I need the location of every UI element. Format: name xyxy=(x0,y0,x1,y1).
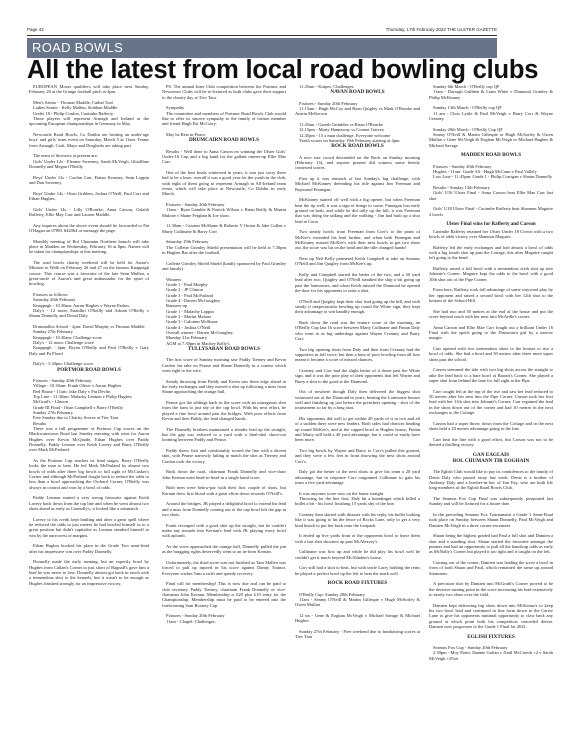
paragraph: Daly's - 3.30pm: Challenge score. xyxy=(29,361,149,366)
paragraph: 11.30am - Caiomn McShane & Roberto V Oni… xyxy=(162,223,286,234)
paragraph: Caoimhe Rafferty retained her Ulster Und… xyxy=(429,229,553,240)
paragraph: First up it was rematch of last Sunday's… xyxy=(295,176,420,192)
page-header: Page 42 Thursday, 17th February 2022 THE… xyxy=(27,27,497,36)
paragraph: Boys' Under 12s - Caolan Carr, Fiatan Ke… xyxy=(29,175,149,186)
eglish-paras: The Eglish Club would like to pay its co… xyxy=(429,469,553,629)
paragraph: Both men were below-par with their first… xyxy=(162,485,286,496)
section-title-portmor: PORTMOR ROAD BOWLS xyxy=(29,368,149,373)
section-banner: ROAD BOWLS xyxy=(27,38,497,58)
paragraph: The Seamus Fox Cup Final was subsequentl… xyxy=(429,496,553,507)
paragraph: Back down the road, chairman Frank Donne… xyxy=(162,469,286,480)
tullysaran-paras: The first score of Sunday morning saw Pa… xyxy=(162,357,286,624)
paragraph: Monthly meeting of Bol Chumann Northern … xyxy=(29,239,149,255)
paragraph: Carr caught left at the top of the rise … xyxy=(429,389,553,416)
paragraph: McKinney started off well with a big ope… xyxy=(295,197,420,224)
paragraph: As the score approached the orange hall,… xyxy=(162,544,286,555)
paragraph: The first score of Sunday morning saw Pa… xyxy=(162,357,286,373)
paragraph: O'Neill and Quigley kept their shot lead… xyxy=(295,299,420,315)
col4-top-paras: Sunday 6th March - O'Reilly cup QF11am -… xyxy=(429,84,553,148)
column-1: EUROPEAN Moors qualifiers will take plac… xyxy=(29,84,149,591)
column-2: PS. The annual Inter Club competition be… xyxy=(162,84,286,624)
paragraph: Rafferty raised a full bowl with a treme… xyxy=(429,266,553,282)
paragraph: Throwing for the line first, Daly hit a … xyxy=(295,496,420,507)
paragraph: Results - Well done to Anna Carson on wi… xyxy=(162,149,286,165)
paragraph: The road bowls charity weekend will be h… xyxy=(29,260,149,287)
paragraph: Rafferty led the early exchanges and had… xyxy=(429,245,553,261)
column-3: 11.45am - Knipes: Challenges. NAVAN ROAD… xyxy=(295,84,420,645)
subhead-ulster-final: Ulster Final wins for Rafferty and Carso… xyxy=(429,222,553,227)
paragraph: As the Portmor Cup reaches its final sta… xyxy=(29,458,149,490)
navan-paras: Fixtures - Sunday 20th February11.15am -… xyxy=(295,101,420,144)
section-title-tullysaran: TULLYSARAN ROAD BOWLS xyxy=(162,347,286,352)
section-title-navan: NAVAN ROAD BOWLS xyxy=(295,90,420,95)
dateline: Thursday, 17th February 2022 THE ULSTER … xyxy=(386,27,497,32)
paragraph: From here, Rafferty took full advantage … xyxy=(429,287,553,303)
ulster-final-paras: Caoimhe Rafferty retained her Ulster Und… xyxy=(429,229,553,448)
paragraph: Corr still had a shot to beat, but with … xyxy=(295,565,420,576)
paragraph: Girls' U18 Ulster Final - Caoimhe Raffer… xyxy=(429,206,553,217)
paragraph: It ended up five yards front of the oppo… xyxy=(295,533,420,544)
paragraph: 11 am - Chris Lyttle & Paul McVeigh v Ba… xyxy=(429,111,553,122)
section-title-eglish-2: BOL CHUMANN TIR EOGHAIN xyxy=(429,459,553,464)
section-title-rock-fixtures: ROCK ROAD FIXTURES xyxy=(295,581,420,586)
paragraph: The committee and members of Portmor Roa… xyxy=(162,111,286,127)
paragraph: Low Line - 11.45pm: Grade 1 - Philip Cor… xyxy=(429,174,553,179)
headline: All the latest from local road bowling c… xyxy=(27,56,502,84)
section-title-eglish-fixtures: EGLISH FIXTURES xyxy=(429,635,553,640)
paragraph: These players will represent Armagh and … xyxy=(29,116,149,127)
paragraph: Lavery to his credit kept battling and a… xyxy=(29,517,149,538)
paragraph: Anna Carson and Ellie Mae Carr fought ou… xyxy=(429,325,553,341)
col1-paras: EUROPEAN Moors qualifiers will take plac… xyxy=(29,84,149,367)
paragraph: A nice size crowd descended on the Rock … xyxy=(295,155,420,171)
paragraph: Daly's - 12 noon: Enaidhri O'Reilly and … xyxy=(29,308,149,319)
paragraph: PS. The annual Inter Club competition be… xyxy=(162,84,286,100)
paragraph: One of the best finals witnessed in year… xyxy=(162,170,286,197)
paragraph: Kelly and Campbell started the better of… xyxy=(295,272,420,293)
portmor-paras: Fixtures - Sunday 20th FebruaryVillage -… xyxy=(29,378,149,586)
paragraph: Unfortunately, the third score was not f… xyxy=(162,560,286,576)
paragraph: 11.15am - Hugh McCoy and Ryan Quigley vs… xyxy=(295,106,420,117)
paragraph: Collette Grimley Shield Shield (kindly s… xyxy=(162,261,286,272)
paragraph: 11am - Darragh Gribben & Liam White v Di… xyxy=(429,89,553,100)
paragraph: Girls' Under 12s - Eleanor Sweeney, Sara… xyxy=(29,159,149,170)
paragraph: Carr beat the line with a good effort, b… xyxy=(429,437,553,448)
paragraph: Final call for membership! This is now d… xyxy=(162,581,286,608)
paragraph: Coming out of the corner, Damien was lea… xyxy=(429,560,553,576)
paragraph: 11am - Chapel: Challenges. xyxy=(162,619,286,624)
paragraph: Newcastle Road Bowls, Co Dublin are host… xyxy=(29,132,149,148)
paragraph: Pearse got the siblings back in the scor… xyxy=(162,400,286,421)
rock-paras: A nice size crowd descended on the Rock … xyxy=(295,155,420,576)
rock-fixtures-paras: O'Reilly Cup: Sunday 20th February11am -… xyxy=(295,592,420,640)
paragraph: Sunday 27th February - Free weekend due … xyxy=(295,629,420,640)
col2-top-paras: PS. The annual Inter Club competition be… xyxy=(162,84,286,137)
paragraph: His opponents did well to get within 40 … xyxy=(295,416,420,443)
section-title-madden: MADDEN ROAD BOWLS xyxy=(429,153,553,158)
paragraph: The Collette Grimley Shield presentation… xyxy=(162,245,286,256)
paragraph: Around the bridges, JK played a delightf… xyxy=(162,501,286,517)
paragraph: Two big opening shots from Daly and then… xyxy=(295,347,420,363)
paragraph: The Eglish Club would like to pay its co… xyxy=(429,469,553,490)
paragraph: Ethan Hughes booked his place in the Gra… xyxy=(29,543,149,554)
paragraph: Paddy Lennon started a very strong favou… xyxy=(29,495,149,511)
paragraph: Carson stemmed the tide with two big sho… xyxy=(429,367,553,383)
paragraph: Boys' Under 14s - Oisin Gribben, Joshua … xyxy=(29,191,149,202)
paragraph: Donnelly made the early running, but an … xyxy=(29,559,149,586)
paragraph: Carr opened with two tremendous shots to… xyxy=(429,346,553,362)
madden-paras: Fixtures - Sunday 20th FebruaryHughes - … xyxy=(429,164,553,217)
paragraph: Girls' Under 14s - Lilly O'Rourke, Anna … xyxy=(29,207,149,218)
paragraph: Cullinane was first up and while he did … xyxy=(295,549,420,560)
paragraph: Two steady bowls from Freeman from Corr'… xyxy=(295,229,420,250)
paragraph: EUROPEAN Moors qualifiers will take plac… xyxy=(29,84,149,95)
paragraph: Damien kept delivering big shots down in… xyxy=(429,603,553,630)
paragraph: Any inquires about the above event shoul… xyxy=(29,223,149,234)
paragraph: The Donnelly brothers maintained a slend… xyxy=(162,427,286,443)
paragraph: Back down the road was the feature score… xyxy=(295,320,420,341)
paragraph: Girls' U16 Ulster Final - Anna Carson be… xyxy=(429,190,553,201)
paragraph: Paddy threw first and comfortably scored… xyxy=(162,448,286,464)
section-title-drumcairn: DRUMCAIRN ROAD BOWLS xyxy=(162,138,286,143)
paragraph: There was a full programme of Portmor Cu… xyxy=(29,426,149,453)
paragraph: Carson had a super throw down from the C… xyxy=(429,421,553,432)
paragraph: Frank recouped with a good shot up the s… xyxy=(162,523,286,539)
paragraph: Steady throwing from Paddy and Kevin saw… xyxy=(162,379,286,395)
paragraph: 12 nn - Gene & Eoghan McVeigh v Michael … xyxy=(295,613,420,624)
paragraph: She had two and 30 metres at the end of … xyxy=(429,309,553,320)
paragraph: Daly got the better of the next shots to… xyxy=(295,469,420,485)
page-number: Page 42 xyxy=(27,27,44,32)
paragraph: In the preceding Seamus Fox Tournament a… xyxy=(429,512,553,528)
drumcairn-paras: Results - Well done to Anna Carson on wi… xyxy=(162,149,286,346)
paragraph: A precision shot by Damien into McGrath'… xyxy=(429,581,553,597)
eglish-fixtures-paras: Seamus Fox Cup - Sunday 20th February2.3… xyxy=(429,645,553,661)
paragraph: 2.30pm - Moy Point: Dannie Galvin v Nial… xyxy=(429,650,553,661)
paragraph: 11am - Ryan Gamble & Patrick Wilson v Br… xyxy=(162,207,286,218)
column-4: Sunday 6th March - O'Reilly cup QF11am -… xyxy=(429,84,553,666)
paragraph: Two big bowls by Wayne and Barry to Corr… xyxy=(295,448,420,464)
paragraph: Knappagh - 2pm: Bryan O'Reilly and Paul … xyxy=(29,345,149,356)
paragraph: Seamy O'Neill & Martin Gillespie or Hugh… xyxy=(429,132,553,148)
paragraph: Shaun being the highest graded had Paul … xyxy=(429,533,553,554)
section-title-rock: ROCK ROAD BOWLS xyxy=(295,144,420,149)
paragraph: 11am - Seamy O'Neill & Martin Gillespie … xyxy=(295,597,420,608)
paragraph: Out of nowhere though Daly then delivere… xyxy=(295,389,420,410)
paragraph: Creaney then skirted with disaster with … xyxy=(295,512,420,528)
paragraph: Next up Neil Kelly partnered Keith Campb… xyxy=(295,256,420,267)
paragraph: Creaney and Corr had the slight better o… xyxy=(295,368,420,384)
